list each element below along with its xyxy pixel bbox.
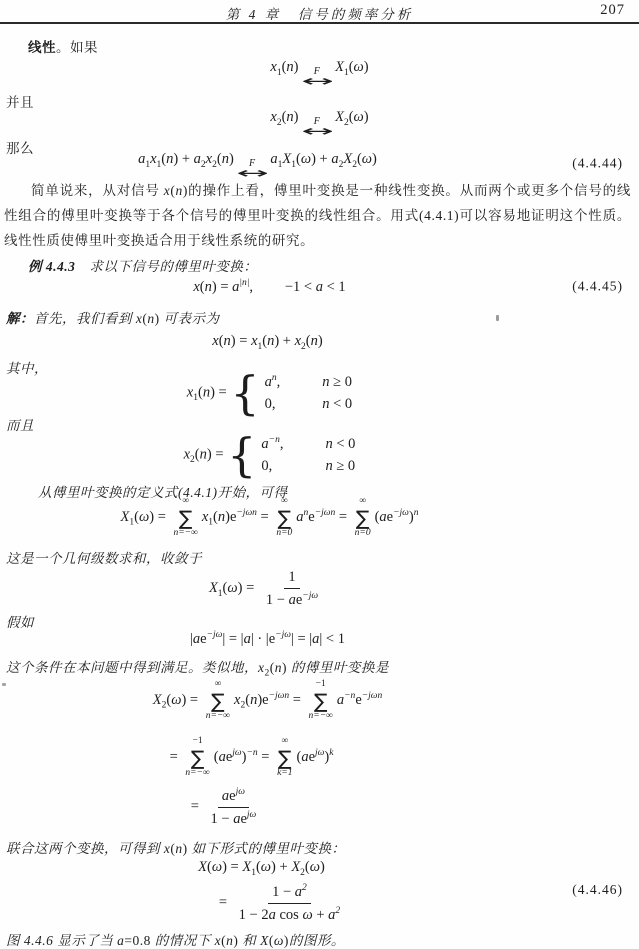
math-text: ) +: [274, 333, 294, 349]
text-run: 。如果: [56, 40, 98, 55]
header-rule: [0, 22, 639, 24]
equation: |ae−jω| = |a| · |e−jω| = |a| < 1: [0, 630, 639, 648]
math-var: a: [232, 279, 239, 295]
sum-lower-limit: n=−∞: [206, 712, 230, 722]
equation-math: = aejω1 − aejω: [191, 786, 265, 828]
fourier-arrow-icon: F↔: [311, 117, 324, 137]
math-superscript: −jω: [207, 630, 223, 640]
text-run: 的傅里叶变换是: [287, 660, 389, 675]
inline-math: x(n): [136, 311, 160, 326]
math-text: 1 −: [272, 884, 295, 900]
math-text: −1 <: [285, 279, 316, 295]
summation: ∞∑k=1: [277, 737, 292, 778]
math-var: n: [286, 59, 293, 75]
text-run: 而且: [6, 418, 34, 433]
math-superscript: −jω: [302, 591, 318, 601]
text-run: 首先，我们看到: [34, 311, 136, 326]
summation: −1∑n=−∞: [309, 680, 333, 721]
denominator: 1 − aejω: [207, 808, 261, 829]
case-expression: 0,: [265, 395, 281, 413]
math-text: cos: [276, 907, 303, 923]
math-text: ) +: [271, 859, 291, 875]
sum-lower-limit: n=0: [276, 529, 292, 539]
math-var: ω: [227, 580, 237, 596]
text-line: 而且: [6, 414, 34, 434]
summation: ∞∑n=−∞: [206, 680, 230, 721]
page-number: 207: [600, 2, 625, 19]
text-run: 假如: [6, 615, 34, 630]
cases-rows: a−n,n < 00,n ≥ 0: [261, 435, 355, 475]
math-var: a: [316, 279, 323, 295]
equation-number: (4.4.44): [572, 156, 623, 173]
math-var: n: [322, 396, 329, 412]
math-text: =0.8: [124, 933, 151, 948]
math-superscript: n: [414, 508, 419, 518]
math-var: n: [311, 333, 318, 349]
math-var: ω: [354, 109, 364, 125]
math-superscript: −n: [344, 691, 355, 701]
equation-math: X1(ω) = 11 − ae−jω: [209, 568, 326, 610]
text-line: 例 4.4.3 求以下信号的傅里叶变换：: [28, 255, 257, 275]
math-var: ω: [310, 859, 320, 875]
math-var: ω: [362, 151, 372, 167]
equation: x1(n) = {an,n ≥ 00,n < 0: [0, 370, 639, 416]
math-superscript: k: [329, 748, 333, 758]
math-var: n: [322, 374, 329, 390]
sum-lower-limit: k=1: [277, 769, 292, 779]
math-text: =: [258, 749, 273, 765]
math-text: | < 1: [319, 631, 345, 647]
math-var: ω: [274, 933, 284, 948]
math-superscript: −jωn: [269, 691, 290, 701]
math-text: ): [294, 109, 299, 125]
equation-math: X1(ω) = ∞∑n=−∞x1(n)e−jωn = ∞∑n=0ane−jωn …: [121, 497, 419, 538]
math-var: n: [275, 660, 282, 675]
sigma-symbol: ∑: [314, 691, 327, 711]
text-run: 的情况下: [151, 933, 215, 948]
math-text: ) +: [173, 151, 193, 167]
equation-math: = −1∑n=−∞(aejω)−n = ∞∑k=1(aejω)k: [170, 737, 334, 778]
text-run: 的图形。: [289, 933, 345, 948]
equation: x1(n)F↔X1(ω): [0, 58, 639, 87]
math-superscript: jω: [236, 787, 245, 797]
summation: ∞∑n=0: [355, 497, 371, 538]
text-run: 这是一个几何级数求和，收敛于: [6, 551, 202, 566]
math-text: | = |: [291, 631, 312, 647]
sigma-symbol: ∑: [278, 748, 291, 768]
math-text: ,: [280, 436, 284, 452]
summation: ∞∑n=0: [276, 497, 292, 538]
cases-brace: {: [227, 432, 256, 478]
math-superscript: 2: [302, 883, 307, 893]
math-var: ω: [301, 151, 311, 167]
math-var: ω: [261, 859, 271, 875]
text-run: 联合这两个变换，可得到: [6, 841, 164, 856]
math-text: ) =: [149, 509, 169, 525]
math-text: ) =: [212, 279, 232, 295]
math-var: X: [121, 509, 130, 525]
equation: x(n) = x1(n) + x2(n): [0, 332, 639, 354]
math-var: ω: [171, 692, 181, 708]
numerator: aejω: [218, 786, 249, 808]
math-var: n: [250, 692, 257, 708]
summation: −1∑n=−∞: [185, 737, 209, 778]
case-condition: n < 0: [322, 395, 352, 413]
bold-label: 解：: [6, 311, 34, 326]
equation-math: x1(n)F↔X1(ω): [270, 58, 368, 87]
math-text: | · |e: [251, 631, 275, 647]
math-var: ω: [354, 59, 364, 75]
chapter-header: 第 4 章 信号的频率分析: [0, 3, 639, 23]
math-text: ,: [277, 374, 281, 390]
math-superscript: −n: [246, 748, 257, 758]
text-line: 这个条件在本问题中得到满足。类似地，x2(n) 的傅里叶变换是: [6, 656, 389, 679]
sigma-symbol: ∑: [278, 508, 291, 528]
text-run: 这个条件在本问题中得到满足。类似地，: [6, 660, 258, 675]
fourier-arrow-icon: F↔: [246, 159, 259, 179]
math-text: < 0: [330, 396, 353, 412]
math-var: X: [343, 151, 352, 167]
double-arrow-icon: ↔: [300, 127, 333, 137]
text-line: 解：首先，我们看到 x(n) 可表示为: [6, 307, 220, 327]
math-var: a: [289, 592, 296, 608]
equation-math: x(n) = a|n|,−1 < a < 1: [193, 278, 345, 296]
text-run: 如下形式的傅里叶变换：: [188, 841, 346, 856]
sum-lower-limit: n=−∞: [174, 529, 198, 539]
math-text: ): [294, 59, 299, 75]
math-text: +: [313, 907, 328, 923]
math-text: ): [372, 151, 377, 167]
math-text: ): [320, 859, 325, 875]
scan-speck: [2, 683, 6, 686]
equation: X1(ω) = ∞∑n=−∞x1(n)e−jωn = ∞∑n=0ane−jωn …: [0, 497, 639, 538]
equation: X1(ω) = 11 − ae−jω: [0, 568, 639, 610]
math-var: n: [205, 279, 212, 295]
case-expression: an,: [265, 373, 281, 391]
math-superscript: −jωn: [362, 691, 383, 701]
math-text: < 0: [333, 436, 356, 452]
math-var: n: [224, 333, 231, 349]
denominator: 1 − ae−jω: [262, 589, 322, 610]
bold-label: 例 4.4.3: [28, 259, 75, 274]
double-arrow-icon: ↔: [300, 77, 333, 87]
piecewise-cases: {an,n ≥ 00,n < 0: [230, 370, 352, 416]
math-text: ,: [249, 279, 253, 295]
math-var: X: [282, 151, 291, 167]
math-superscript: −jω: [393, 508, 409, 518]
math-var: n: [176, 183, 183, 198]
math-text: )e: [225, 509, 236, 525]
text-line: 假如: [6, 611, 34, 631]
denominator: 1 − 2a cos ω + a2: [235, 904, 344, 925]
math-text: =: [170, 749, 182, 765]
math-text: ) =: [238, 580, 258, 596]
math-var: a: [194, 151, 201, 167]
math-text: < 1: [323, 279, 346, 295]
equation: X(ω) = X1(ω) + X2(ω): [0, 858, 639, 880]
text-run: 和: [238, 933, 260, 948]
math-text: ) =: [207, 446, 227, 462]
math-superscript: −jω: [275, 630, 291, 640]
math-text: 0,: [261, 458, 272, 474]
math-var: a: [270, 151, 277, 167]
case-condition: n ≥ 0: [322, 373, 352, 391]
text-run: 可表示为: [160, 311, 220, 326]
math-text: ≥ 0: [330, 374, 352, 390]
equation: X2(ω) = ∞∑n=−∞x2(n)e−jωn = −1∑n=−∞a−ne−j…: [0, 680, 639, 721]
fraction: aejω1 − aejω: [207, 786, 261, 828]
math-text: =: [219, 895, 231, 911]
text-run: 图 4.4.6 显示了当: [6, 933, 117, 948]
sigma-symbol: ∑: [356, 508, 369, 528]
summation: ∞∑n=−∞: [174, 497, 198, 538]
math-text: 0,: [265, 396, 276, 412]
math-var: ω: [212, 859, 222, 875]
equation-math: x1(n) = {an,n ≥ 00,n < 0: [187, 370, 352, 416]
math-text: )e: [257, 692, 268, 708]
sigma-symbol: ∑: [191, 748, 204, 768]
math-text: ): [318, 333, 323, 349]
text-run: 简单说来，从对信号: [31, 183, 164, 198]
math-var: X: [335, 59, 344, 75]
math-text: =: [191, 799, 203, 815]
textbook-page: 第 4 章 信号的频率分析 207 线性。如果x1(n)F↔X1(ω)并且x2(…: [0, 0, 639, 949]
math-var: X: [153, 692, 162, 708]
math-var: n: [175, 841, 182, 856]
math-text: | = |: [222, 631, 243, 647]
math-superscript: jω: [232, 748, 241, 758]
math-superscript: 2: [335, 906, 340, 916]
math-var: n: [222, 151, 229, 167]
paragraph: 简单说来，从对信号 x(n)的操作上看，傅里叶变换是一种线性变换。从而两个或更多…: [4, 178, 631, 253]
equation-math: = 1 − a21 − 2a cos ω + a2: [219, 882, 348, 924]
case-condition: n ≥ 0: [325, 457, 355, 475]
math-superscript: −jωn: [315, 508, 336, 518]
math-text: =: [289, 692, 304, 708]
sum-lower-limit: n=−∞: [185, 769, 209, 779]
math-text: ) =: [181, 692, 201, 708]
equation: a1x1(n) + a2x2(n)F↔a1X1(ω) + a2X2(ω)(4.4…: [0, 150, 639, 179]
math-text: =: [335, 509, 350, 525]
math-var: X: [260, 933, 269, 948]
math-text: 1 − 2: [239, 907, 269, 923]
cases-brace: {: [230, 370, 259, 416]
equation: x(n) = a|n|,−1 < a < 1(4.4.45): [0, 278, 639, 296]
equation: = −1∑n=−∞(aejω)−n = ∞∑k=1(aejω)k: [0, 737, 639, 778]
equation-math: |ae−jω| = |a| · |e−jω| = |a| < 1: [190, 630, 345, 648]
equation-math: x2(n)F↔X2(ω): [270, 108, 368, 137]
numerator: 1 − a2: [268, 882, 311, 904]
text-line: 联合这两个变换，可得到 x(n) 如下形式的傅里叶变换：: [6, 837, 346, 857]
math-var: a: [261, 436, 268, 452]
fraction: 1 − a21 − 2a cos ω + a2: [235, 882, 344, 924]
text-line: 线性。如果: [28, 36, 98, 56]
text-line: 图 4.4.6 显示了当 a=0.8 的情况下 x(n) 和 X(ω)的图形。: [6, 929, 345, 949]
inline-math: a=0.8: [117, 933, 151, 948]
math-var: a: [328, 907, 335, 923]
math-var: a: [296, 509, 303, 525]
math-text: ) =: [231, 333, 251, 349]
text-run: 求以下信号的傅里叶变换：: [75, 259, 257, 274]
piecewise-cases: {a−n,n < 00,n ≥ 0: [227, 432, 355, 478]
math-var: X: [198, 859, 207, 875]
case-expression: a−n,: [261, 435, 283, 453]
sum-lower-limit: n=−∞: [309, 712, 333, 722]
math-text: =: [257, 509, 272, 525]
math-text: ) =: [222, 859, 242, 875]
math-var: a: [301, 749, 308, 765]
math-var: X: [209, 580, 218, 596]
math-superscript: −jωn: [236, 508, 257, 518]
math-text: 1: [288, 569, 295, 585]
numerator: 1: [284, 568, 299, 589]
sigma-symbol: ∑: [211, 691, 224, 711]
math-text: ): [364, 109, 369, 125]
math-var: X: [291, 859, 300, 875]
math-var: ω: [139, 509, 149, 525]
equation: = aejω1 − aejω: [0, 786, 639, 828]
equation: x2(n)F↔X2(ω): [0, 108, 639, 137]
inline-math: X(ω): [260, 933, 289, 948]
fourier-arrow-icon: F↔: [311, 67, 324, 87]
math-var: n: [286, 109, 293, 125]
math-var: a: [244, 631, 251, 647]
cases-rows: an,n ≥ 00,n < 0: [265, 373, 353, 413]
math-superscript: jω: [315, 748, 324, 758]
fraction: 11 − ae−jω: [262, 568, 322, 610]
inline-math: x2(n): [258, 660, 287, 675]
math-superscript: jω: [247, 810, 256, 820]
math-superscript: −n: [269, 435, 280, 445]
equation-number: (4.4.45): [572, 279, 623, 296]
equation-math: a1x1(n) + a2x2(n)F↔a1X1(ω) + a2X2(ω): [138, 150, 377, 179]
bold-label: 线性: [28, 40, 56, 55]
math-var: a: [233, 811, 240, 827]
math-var: X: [335, 109, 344, 125]
math-var: n: [267, 333, 274, 349]
math-superscript: |n|: [239, 278, 249, 288]
equation-math: X2(ω) = ∞∑n=−∞x2(n)e−jωn = −1∑n=−∞a−ne−j…: [153, 680, 383, 721]
math-text: 1 −: [266, 592, 289, 608]
equation: = 1 − a21 − 2a cos ω + a2(4.4.46): [0, 882, 639, 924]
inline-math: x(n): [164, 841, 188, 856]
math-var: X: [242, 859, 251, 875]
case-condition: n < 0: [325, 435, 355, 453]
equation: x2(n) = {a−n,n < 00,n ≥ 0: [0, 432, 639, 478]
equation-math: x2(n) = {a−n,n < 00,n ≥ 0: [184, 432, 356, 478]
sum-lower-limit: n=0: [355, 529, 371, 539]
equation-number: (4.4.46): [572, 882, 623, 899]
inline-math: x(n): [164, 183, 188, 198]
math-text: ) =: [210, 384, 230, 400]
case-expression: 0,: [261, 457, 283, 475]
math-text: ≥ 0: [333, 458, 355, 474]
text-line: 这是一个几何级数求和，收敛于: [6, 547, 202, 567]
math-var: n: [147, 311, 154, 326]
math-var: a: [265, 374, 272, 390]
inline-math: x(n): [215, 933, 239, 948]
math-text: ): [364, 59, 369, 75]
scan-speck: [496, 315, 499, 321]
sigma-symbol: ∑: [179, 508, 192, 528]
math-var: ω: [302, 907, 312, 923]
equation-math: X(ω) = X1(ω) + X2(ω): [198, 858, 325, 880]
equation-math: x(n) = x1(n) + x2(n): [212, 332, 322, 354]
math-text: ): [229, 151, 234, 167]
math-text: 1 −: [211, 811, 234, 827]
math-var: a: [269, 907, 276, 923]
math-text: ) +: [311, 151, 331, 167]
math-var: n: [218, 509, 225, 525]
